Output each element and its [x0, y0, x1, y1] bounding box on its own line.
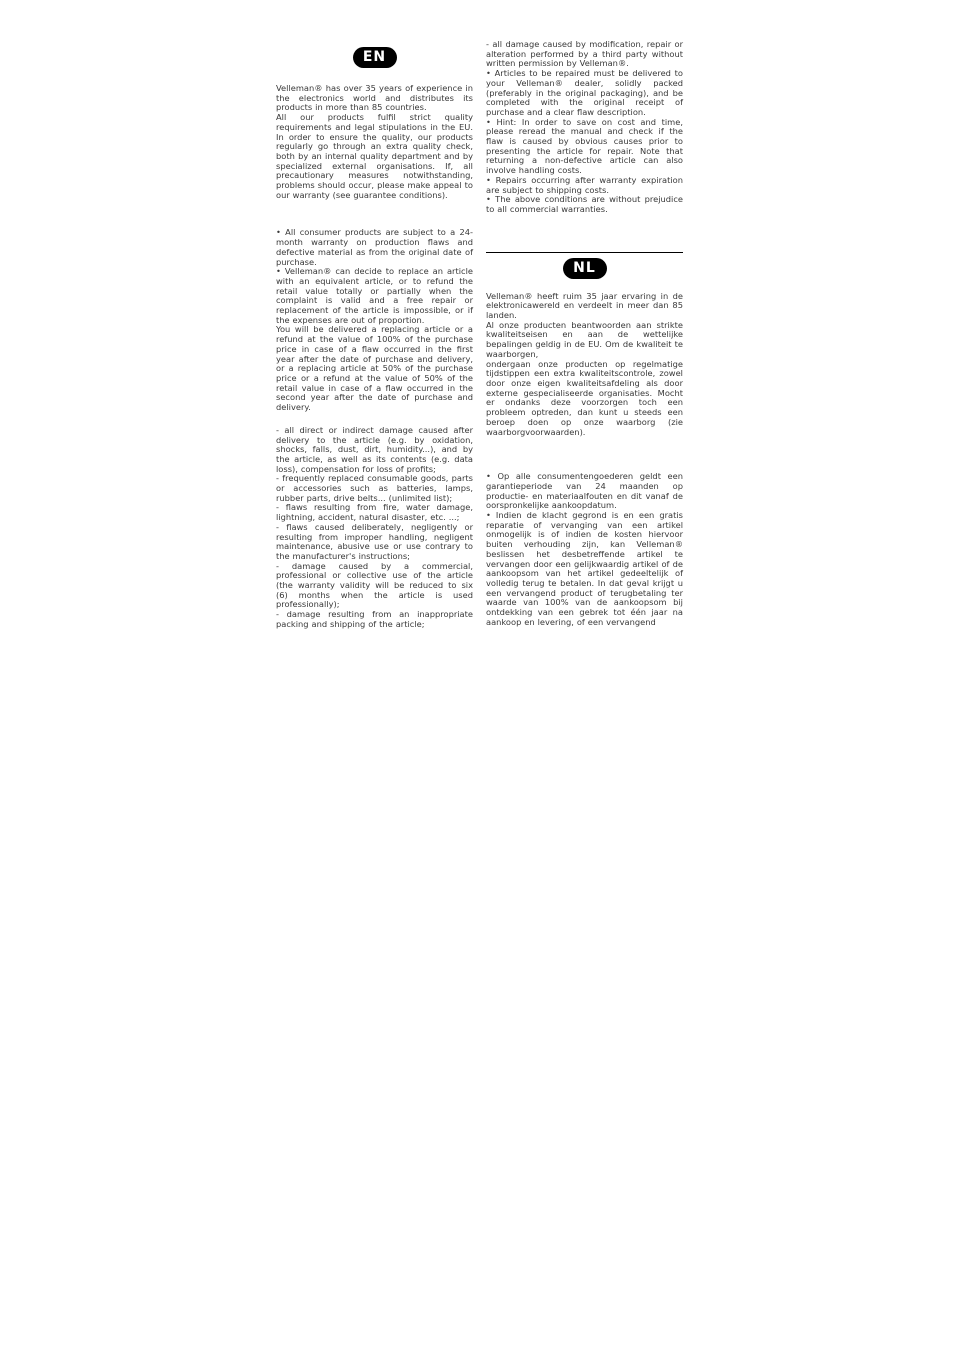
en-exclusion-paragraph: - frequently replaced consumable goods, … — [276, 474, 473, 503]
en-language-badge: EN — [353, 47, 397, 68]
nl-warranty-paragraph: • Indien de klacht gegrond is en een gra… — [486, 511, 683, 627]
nl-intro-paragraph: Al onze producten beantwoorden aan strik… — [486, 321, 683, 360]
en-continued-paragraph: • Hint: In order to save on cost and tim… — [486, 118, 683, 176]
nl-warranty-paragraph: • Op alle consumentengoederen geldt een … — [486, 472, 683, 511]
en-exclusion-paragraph: - all direct or indirect damage caused a… — [276, 426, 473, 475]
en-warranty-paragraph: You will be delivered a replacing articl… — [276, 325, 473, 412]
nl-badge-container: NL — [486, 258, 683, 279]
en-exclusion-paragraph: - damage resulting from an inappropriate… — [276, 610, 473, 629]
section-divider — [486, 252, 683, 253]
en-exclusion-paragraph: - flaws caused deliberately, negligently… — [276, 523, 473, 562]
en-exclusions-section: - all direct or indirect damage caused a… — [276, 426, 473, 630]
en-exclusion-paragraph: - flaws resulting from fire, water damag… — [276, 503, 473, 522]
en-continued-paragraph: • Articles to be repaired must be delive… — [486, 69, 683, 118]
right-column: - all damage caused by modification, rep… — [486, 40, 683, 627]
en-warranty-paragraph: • All consumer products are subject to a… — [276, 228, 473, 267]
nl-intro-paragraph: Velleman® heeft ruim 35 jaar ervaring in… — [486, 292, 683, 321]
en-continued-paragraph: • Repairs occurring after warranty expir… — [486, 176, 683, 195]
document-page: EN Velleman® has over 35 years of experi… — [0, 0, 954, 1351]
en-warranty-section: • All consumer products are subject to a… — [276, 228, 473, 412]
en-exclusion-paragraph: - damage caused by a commercial, profess… — [276, 562, 473, 611]
en-warranty-paragraph: • Velleman® can decide to replace an art… — [276, 267, 473, 325]
nl-warranty-section: • Op alle consumentengoederen geldt een … — [486, 472, 683, 627]
left-column-english: EN Velleman® has over 35 years of experi… — [276, 40, 473, 630]
en-continued-paragraph: - all damage caused by modification, rep… — [486, 40, 683, 69]
en-badge-container: EN — [276, 47, 473, 68]
en-continued-section: - all damage caused by modification, rep… — [486, 40, 683, 215]
en-intro-paragraph: Velleman® has over 35 years of experienc… — [276, 84, 473, 113]
nl-language-badge: NL — [563, 258, 607, 279]
nl-intro-paragraph: ondergaan onze producten op regelmatige … — [486, 360, 683, 438]
en-intro-paragraph: All our products fulfil strict quality r… — [276, 113, 473, 200]
en-continued-paragraph: • The above conditions are without preju… — [486, 195, 683, 214]
nl-intro-section: Velleman® heeft ruim 35 jaar ervaring in… — [486, 292, 683, 438]
en-intro-section: Velleman® has over 35 years of experienc… — [276, 84, 473, 200]
